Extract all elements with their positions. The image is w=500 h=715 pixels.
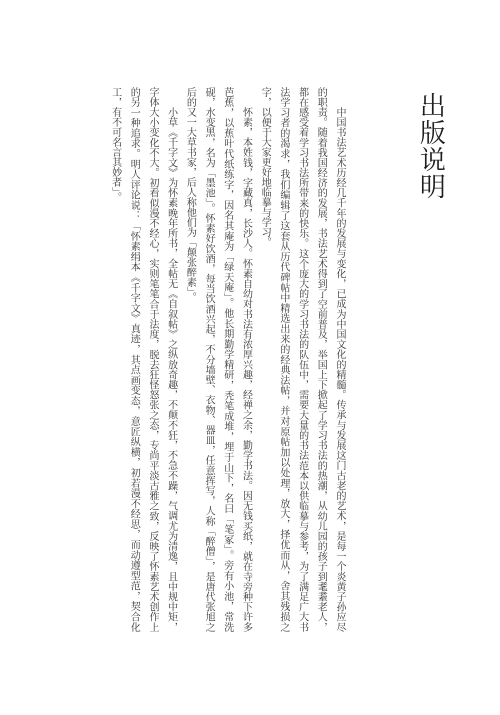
paragraph-calligraphy-intro: 中国书法艺术历经几千年的发展与变化，已成为中国文化的精髓。传承与发展这门古老的艺… — [254, 87, 348, 632]
book-page: 出版说明 中国书法艺术历经几千年的发展与变化，已成为中国文化的精髓。传承与发展这… — [0, 0, 500, 715]
paragraph-huaisu-biography: 怀素，本姓钱，字藏真，长沙人。怀素自幼对书法有浓厚兴趣，经禅之余，勤学书法。因无… — [180, 87, 255, 632]
page-title: 出版说明 — [415, 92, 445, 200]
paragraph-thousand-character-classic: 小草《千字文》为怀素晚年所书，全帖无《自叙帖》之纵放奇趣，不颠不狂，不急不躁，气… — [105, 87, 180, 632]
preface-body: 中国书法艺术历经几千年的发展与变化，已成为中国文化的精髓。传承与发展这门古老的艺… — [105, 87, 348, 632]
